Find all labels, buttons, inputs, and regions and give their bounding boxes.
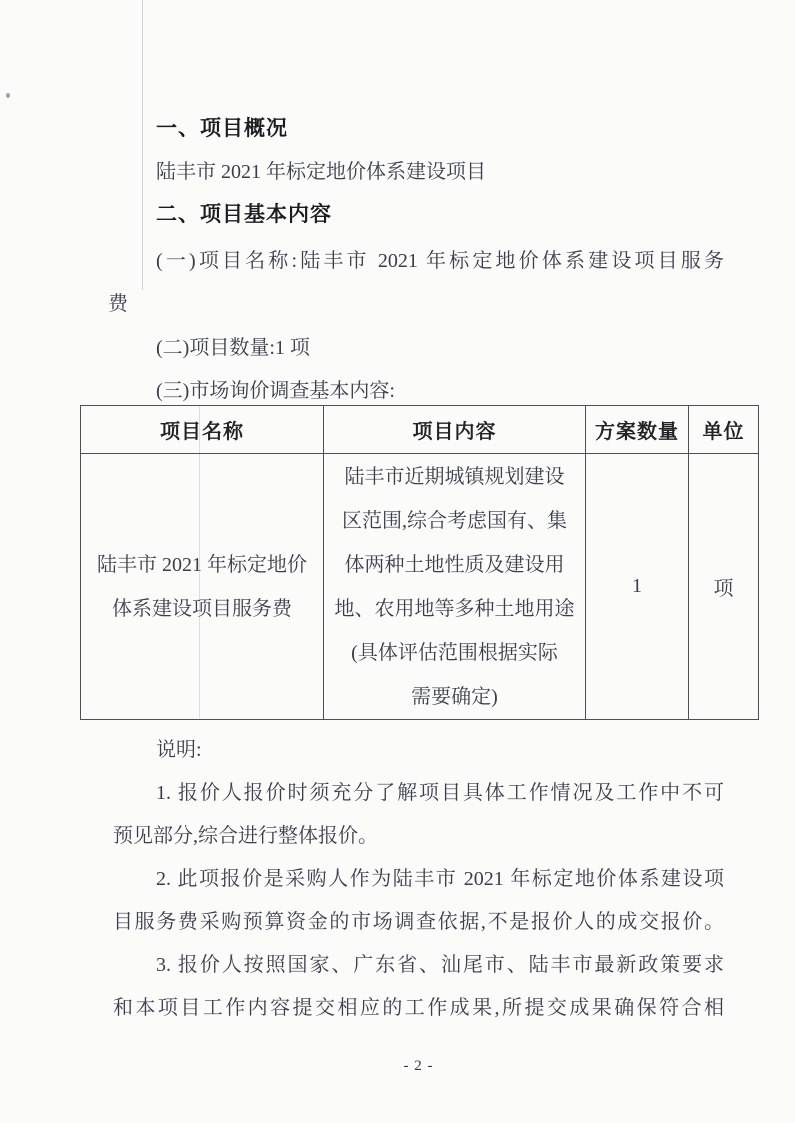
cell-plan-quantity: 1 xyxy=(586,454,689,720)
scan-speck xyxy=(6,93,10,98)
table-header-row: 项目名称 项目内容 方案数量 单位 xyxy=(81,406,759,454)
note1-line2: 预见部分,综合进行整体报价。 xyxy=(113,821,724,851)
note2-line1: 2. 此项报价是采购人作为陆丰市 2021 年标定地价体系建设项 xyxy=(113,864,724,894)
cell-project-name-line1: 陆丰市 2021 年标定地价 xyxy=(81,543,323,587)
heading-project-overview: 一、项目概况 xyxy=(113,114,724,144)
cell-project-name-line2: 体系建设项目服务费 xyxy=(81,587,323,631)
note2-line2: 目服务费采购预算资金的市场调查依据,不是报价人的成交报价。 xyxy=(113,907,724,937)
item1-line2: 费 xyxy=(108,289,719,319)
cell-content-line2: 区范围,综合考虑国有、集 xyxy=(324,499,585,543)
page-number: - 2 - xyxy=(113,1058,724,1075)
table-header-project-name: 项目名称 xyxy=(81,406,324,454)
notes-label: 说明: xyxy=(113,735,724,765)
document-page: 一、项目概况 陆丰市 2021 年标定地价体系建设项目 二、项目基本内容 (一)… xyxy=(0,0,795,1123)
cell-project-name: 陆丰市 2021 年标定地价 体系建设项目服务费 xyxy=(81,454,324,720)
note3-line2: 和本项目工作内容提交相应的工作成果,所提交成果确保符合相 xyxy=(113,993,724,1023)
table-row: 陆丰市 2021 年标定地价 体系建设项目服务费 陆丰市近期城镇规划建设 区范围… xyxy=(81,454,759,720)
paragraph-project-name: 陆丰市 2021 年标定地价体系建设项目 xyxy=(113,157,724,187)
note3-line1: 3. 报价人按照国家、广东省、汕尾市、陆丰市最新政策要求 xyxy=(113,950,724,980)
cell-content-line5: (具体评估范围根据实际 xyxy=(324,631,585,675)
item1-line1: (一)项目名称:陆丰市 2021 年标定地价体系建设项目服务 xyxy=(113,246,724,276)
cell-project-content: 陆丰市近期城镇规划建设 区范围,综合考虑国有、集 体两种土地性质及建设用 地、农… xyxy=(324,454,586,720)
cell-content-line1: 陆丰市近期城镇规划建设 xyxy=(324,455,585,499)
heading-project-basic-content: 二、项目基本内容 xyxy=(113,200,724,230)
item2-quantity: (二)项目数量:1 项 xyxy=(113,333,724,363)
item3-inquiry-content: (三)市场询价调查基本内容: xyxy=(113,376,724,406)
table-header-unit: 单位 xyxy=(689,406,759,454)
cell-content-line3: 体两种土地性质及建设用 xyxy=(324,543,585,587)
inquiry-table: 项目名称 项目内容 方案数量 单位 陆丰市 2021 年标定地价 体系建设项目服… xyxy=(80,405,759,720)
table-header-project-content: 项目内容 xyxy=(324,406,586,454)
cell-content-line6: 需要确定) xyxy=(324,675,585,719)
table-header-plan-quantity: 方案数量 xyxy=(586,406,689,454)
cell-unit: 项 xyxy=(689,454,759,720)
cell-content-line4: 地、农用地等多种土地用途 xyxy=(324,587,585,631)
note1-line1: 1. 报价人报价时须充分了解项目具体工作情况及工作中不可 xyxy=(113,778,724,808)
